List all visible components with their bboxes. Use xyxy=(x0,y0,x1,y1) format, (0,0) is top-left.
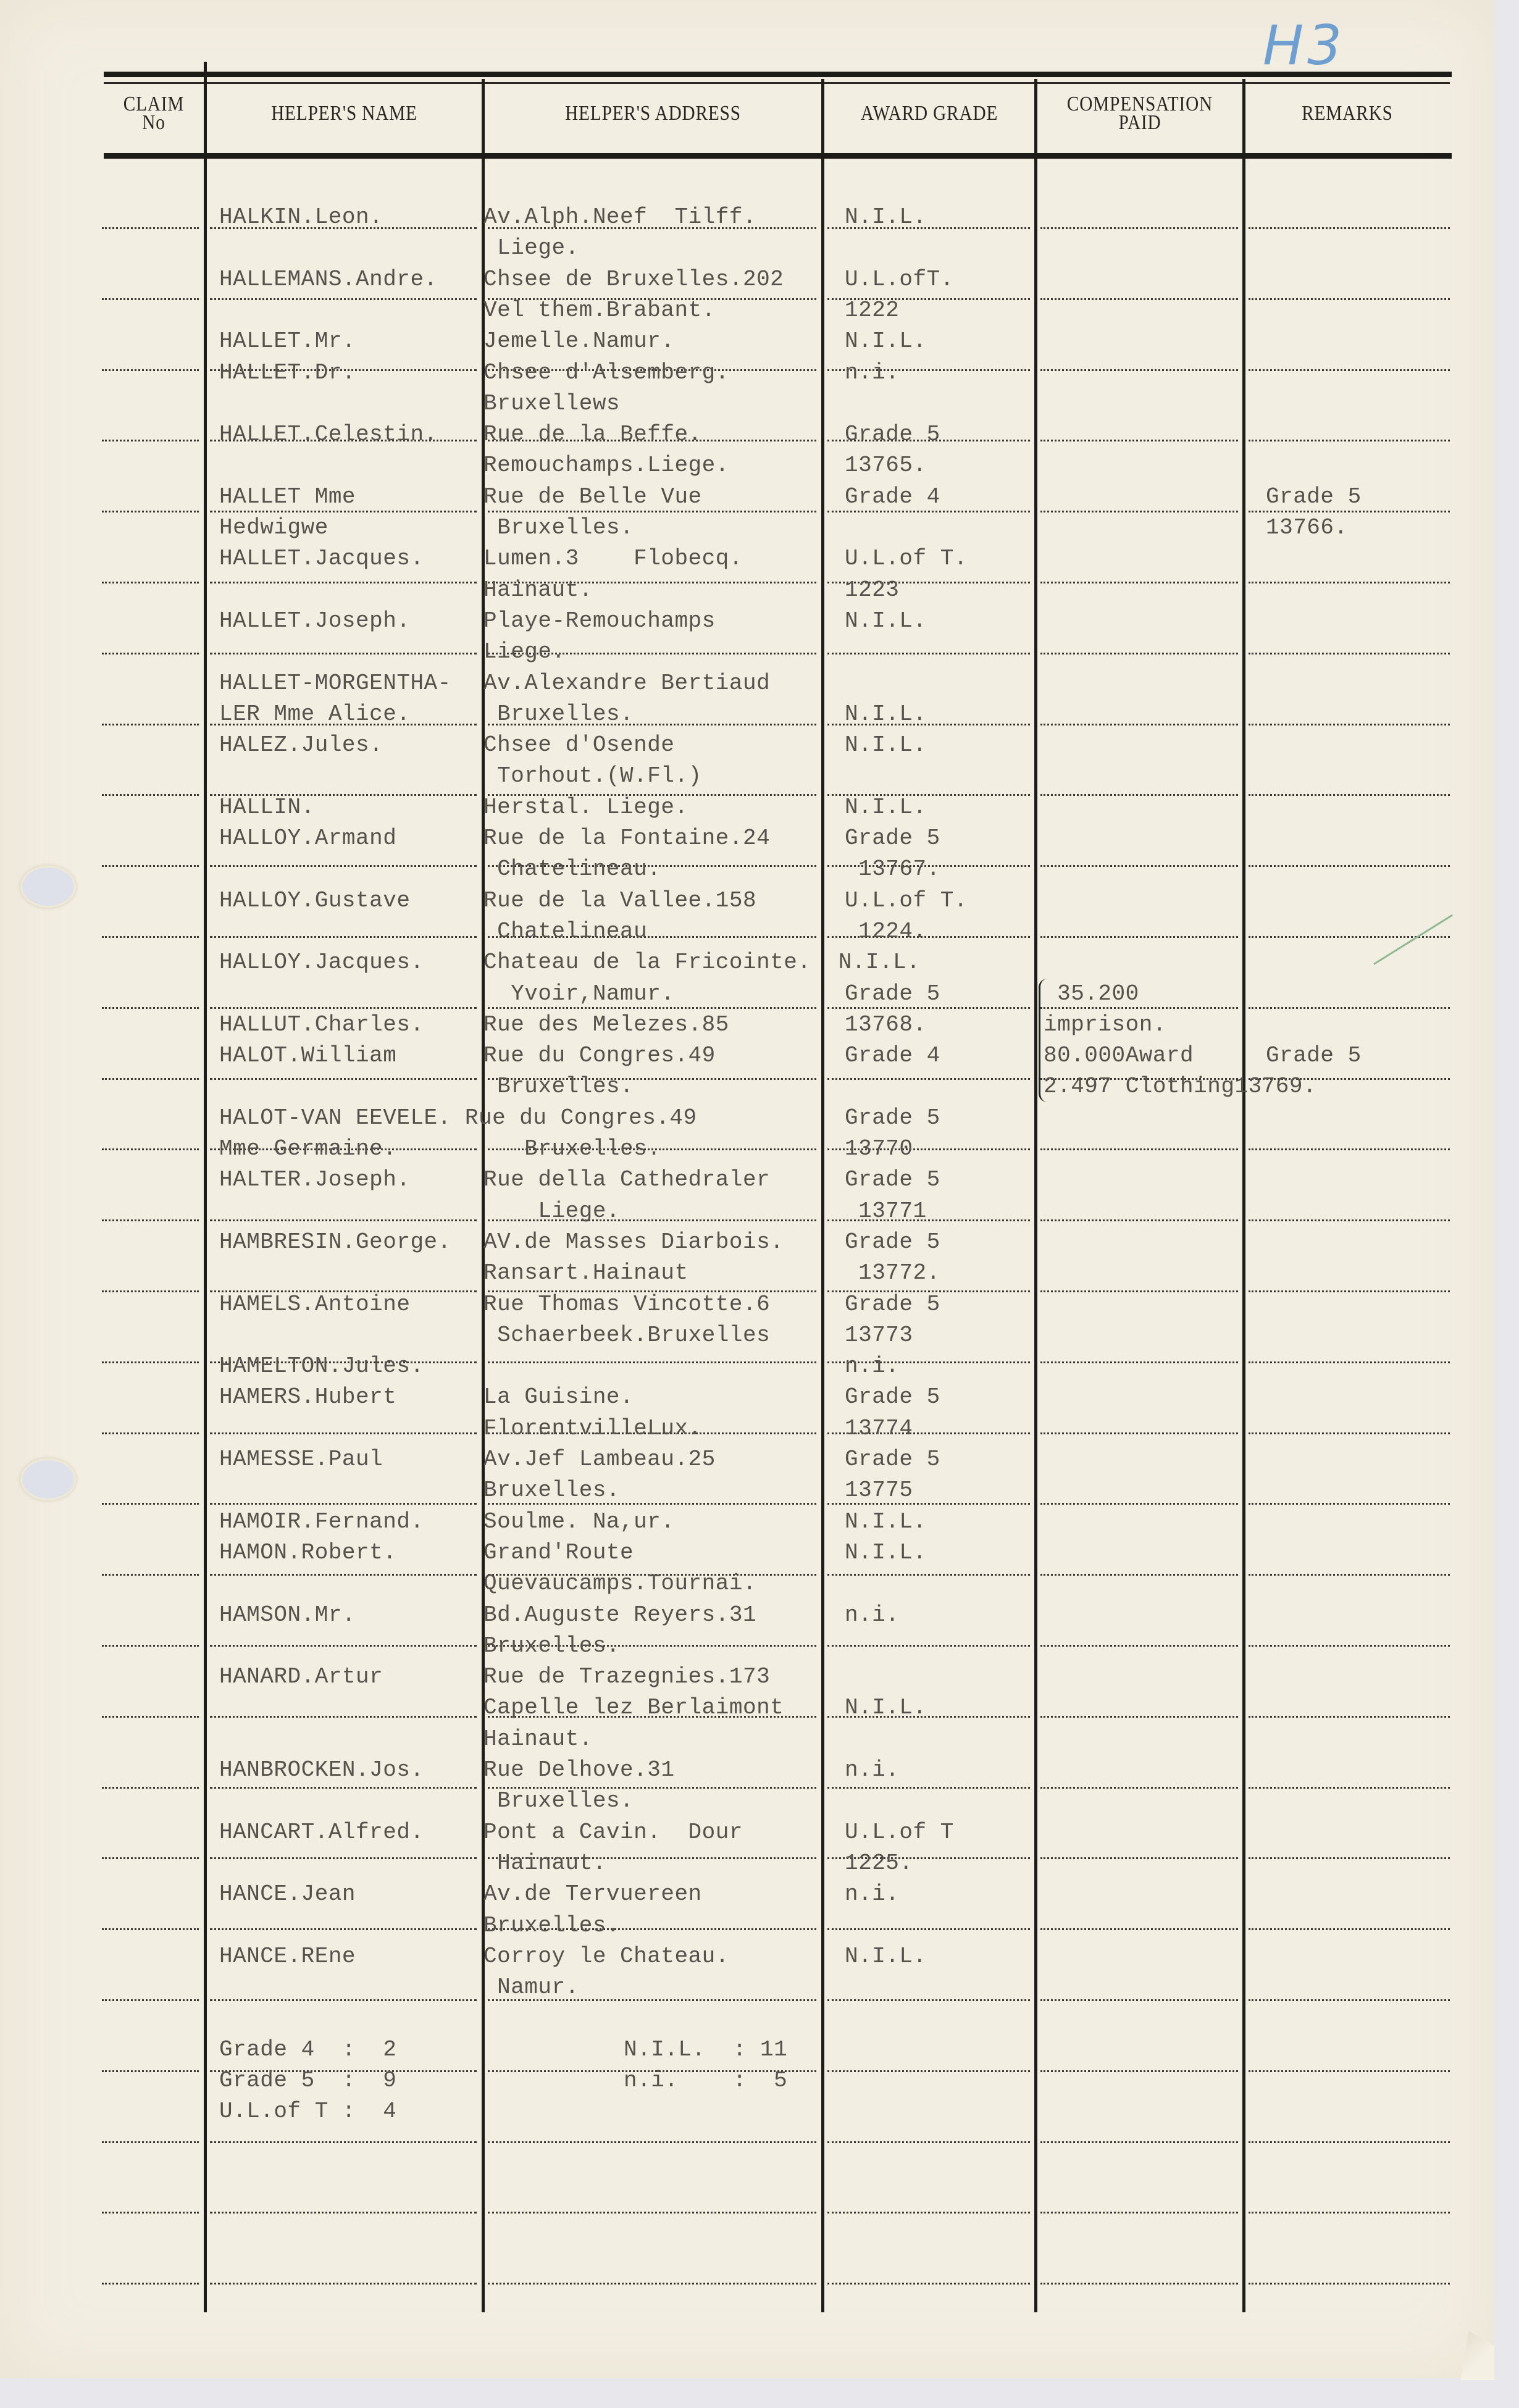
cell-address: Chatelineau. xyxy=(483,857,661,882)
dotted-rule xyxy=(102,369,199,371)
dotted-rule xyxy=(1040,2283,1238,2285)
cell-compensation: 2.497 Clothing13769. xyxy=(1044,1074,1316,1099)
cell-address: Bruxelles. xyxy=(483,1478,620,1503)
dotted-rule xyxy=(1249,653,1450,654)
dotted-rule xyxy=(1040,724,1238,725)
cell-grade: U.L.of T xyxy=(845,1820,954,1845)
dotted-rule xyxy=(1249,1645,1450,1647)
dotted-rule xyxy=(1249,1290,1450,1292)
dotted-rule xyxy=(102,1148,199,1150)
dotted-rule xyxy=(102,653,199,654)
dotted-rule xyxy=(1249,724,1450,725)
dotted-rule xyxy=(827,1645,1030,1647)
cell-address: Rue della Cathedraler xyxy=(483,1168,770,1192)
dotted-rule xyxy=(1249,1219,1450,1221)
cell-grade: N.I.L. xyxy=(845,1944,927,1969)
dotted-rule xyxy=(488,1361,816,1363)
dotted-rule xyxy=(102,1290,199,1292)
cell-address: Bd.Auguste Reyers.31 xyxy=(483,1603,756,1628)
dotted-rule xyxy=(102,936,199,938)
dotted-rule xyxy=(102,1574,199,1576)
column-divider xyxy=(821,79,824,2312)
cell-grade: 1223 xyxy=(845,578,899,603)
dotted-rule xyxy=(1249,2070,1450,2072)
dotted-rule xyxy=(1249,582,1450,583)
dotted-rule xyxy=(827,2283,1030,2285)
dotted-rule xyxy=(210,1645,477,1647)
folded-corner xyxy=(1460,2331,1494,2380)
cell-address: Chateau de la Fricointe. N.I.L. xyxy=(483,950,920,975)
dotted-rule xyxy=(1040,1787,1238,1789)
cell-address: Capelle lez Berlaimont xyxy=(483,1695,784,1720)
page-marker: H3 xyxy=(1263,14,1345,77)
cell-grade: Grade 5 xyxy=(845,1292,940,1317)
cell-name: HAMERS.Hubert xyxy=(219,1385,396,1410)
dotted-rule xyxy=(827,1999,1030,2001)
dotted-rule xyxy=(488,2212,816,2214)
dotted-rule xyxy=(210,1219,477,1221)
cell-address: AV.de Masses Diarbois. xyxy=(483,1230,784,1255)
cell-grade: 13765. xyxy=(845,453,927,478)
green-pencil-mark xyxy=(1373,914,1453,965)
cell-name: U.L.of T : 4 xyxy=(219,2099,396,2124)
dotted-rule xyxy=(1249,511,1450,512)
dotted-rule xyxy=(827,1007,1030,1009)
cell-name: HALLET.Dr. xyxy=(219,361,356,385)
cell-grade: N.I.L. xyxy=(845,733,927,758)
dotted-rule xyxy=(102,298,199,300)
dotted-rule xyxy=(1040,1219,1238,1221)
cell-address: Bruxelles. xyxy=(483,702,634,727)
cell-grade: 13771 xyxy=(845,1199,927,1224)
dotted-rule xyxy=(210,1432,477,1434)
cell-compensation: imprison. xyxy=(1044,1013,1166,1037)
cell-compensation: 35.200 xyxy=(1044,982,1139,1006)
dotted-rule xyxy=(102,1219,199,1221)
dotted-rule xyxy=(1249,2212,1450,2214)
dotted-rule xyxy=(102,1857,199,1859)
cell-grade: N.I.L. xyxy=(845,1541,927,1565)
dotted-rule xyxy=(1249,1999,1450,2001)
dotted-rule xyxy=(210,582,477,583)
dotted-rule xyxy=(1040,298,1238,300)
dotted-rule xyxy=(488,1503,816,1505)
dotted-rule xyxy=(210,2283,477,2285)
cell-grade: U.L.of T. xyxy=(845,888,968,913)
dotted-rule xyxy=(1249,2141,1450,2143)
dotted-rule xyxy=(827,2070,1030,2072)
dotted-rule xyxy=(1249,2283,1450,2285)
cell-grade: N.I.L. xyxy=(845,609,927,633)
cell-address: Rue Delhove.31 xyxy=(483,1758,674,1783)
dotted-rule xyxy=(827,511,1030,512)
cell-address: Bruxelles. xyxy=(483,1137,661,1161)
cell-address: Soulme. Na,ur. xyxy=(483,1510,674,1534)
dotted-rule xyxy=(1040,1503,1238,1505)
cell-name: HALLOY.Jacques. xyxy=(219,950,424,975)
cell-grade: 13773 xyxy=(845,1323,913,1348)
cell-grade: Grade 5 xyxy=(845,826,940,851)
cell-name: HALTER.Joseph. xyxy=(219,1168,410,1192)
cell-address: Bruxellews xyxy=(483,391,620,416)
dotted-rule xyxy=(1040,653,1238,654)
cell-address: Bruxelles. xyxy=(483,1789,634,1813)
cell-grade: 13770 xyxy=(845,1137,913,1161)
cell-name: Grade 4 : 2 xyxy=(219,2038,396,2062)
cell-name: HALLEMANS.Andre. xyxy=(219,267,438,292)
cell-name: HAMELS.Antoine xyxy=(219,1292,410,1317)
cell-address: Av.Alph.Neef Tilff. xyxy=(483,205,756,230)
dotted-rule xyxy=(488,511,816,512)
header-helper-address: HELPER'S ADDRESS xyxy=(508,73,798,154)
dotted-rule xyxy=(1249,227,1450,229)
cell-address: Schaerbeek.Bruxelles xyxy=(483,1323,770,1348)
dotted-rule xyxy=(102,440,199,441)
cell-address: Remouchamps.Liege. xyxy=(483,453,729,478)
dotted-rule xyxy=(1249,1432,1450,1434)
cell-grade: n.i. xyxy=(845,361,899,385)
dotted-rule xyxy=(210,511,477,512)
cell-address: Chatelineau xyxy=(483,919,647,944)
cell-grade: 1222 xyxy=(845,298,899,323)
dotted-rule xyxy=(1040,1999,1238,2001)
dotted-rule xyxy=(102,794,199,796)
dotted-rule xyxy=(827,2141,1030,2143)
cell-grade: 13767. xyxy=(845,857,940,882)
cell-address: Hainaut. xyxy=(483,1727,593,1752)
cell-grade: Grade 5 xyxy=(845,422,940,447)
dotted-rule xyxy=(1040,1928,1238,1930)
dotted-rule xyxy=(210,1999,477,2001)
dotted-rule xyxy=(102,1716,199,1718)
dotted-rule xyxy=(1249,1716,1450,1718)
dotted-rule xyxy=(827,1574,1030,1576)
cell-name: HALOT.William xyxy=(219,1043,396,1068)
cell-address: Jemelle.Namur. xyxy=(483,329,674,354)
dotted-rule xyxy=(1040,1361,1238,1363)
cell-grade: N.I.L. xyxy=(845,702,927,727)
cell-compensation: 80.000Award xyxy=(1044,1043,1194,1068)
cell-name: HALKIN.Leon. xyxy=(219,205,383,230)
dotted-rule xyxy=(827,653,1030,654)
cell-address: Rue Thomas Vincotte.6 xyxy=(483,1292,770,1317)
cell-address: Rue de la Fontaine.24 xyxy=(483,826,770,851)
cell-address: Playe-Remouchamps xyxy=(483,609,716,633)
cell-name: HAMOIR.Fernand. xyxy=(219,1510,424,1534)
dotted-rule xyxy=(1040,511,1238,512)
dotted-rule xyxy=(102,865,199,867)
dotted-rule xyxy=(1249,1007,1450,1009)
cell-name: HALLOY.Gustave xyxy=(219,888,410,913)
dotted-rule xyxy=(210,1928,477,1930)
dotted-rule xyxy=(1040,1857,1238,1859)
dotted-rule xyxy=(1040,582,1238,583)
cell-address: Chsee de Bruxelles.202 xyxy=(483,267,784,292)
cell-address: Hainaut. xyxy=(483,578,593,603)
dotted-rule xyxy=(1249,1361,1450,1363)
dotted-rule xyxy=(102,2212,199,2214)
dotted-rule xyxy=(827,1928,1030,1930)
cell-grade: Grade 4 xyxy=(845,1043,940,1068)
dotted-rule xyxy=(102,1787,199,1789)
dotted-rule xyxy=(1040,1007,1238,1009)
dotted-rule xyxy=(102,2141,199,2143)
cell-grade: Grade 5 xyxy=(845,982,940,1006)
compensation-brace xyxy=(1039,979,1049,1102)
dotted-rule xyxy=(102,1999,199,2001)
cell-grade: U.L.of T. xyxy=(845,546,968,571)
cell-address: Namur. xyxy=(483,1975,579,2000)
header-compensation-paid: COMPENSATIONPAID xyxy=(1052,73,1228,154)
dotted-rule xyxy=(210,1503,477,1505)
cell-summary: n.i. : 5 xyxy=(624,2068,787,2093)
dotted-rule xyxy=(210,653,477,654)
cell-grade: 13768. xyxy=(845,1013,927,1037)
dotted-rule xyxy=(827,2212,1030,2214)
dotted-rule xyxy=(827,1503,1030,1505)
cell-name: HALOT-VAN EEVELE. Rue du Congres.49 xyxy=(219,1106,697,1131)
cell-address: Rue du Congres.49 xyxy=(483,1043,716,1068)
cell-name: HALLIN. xyxy=(219,795,315,820)
cell-address: Liege. xyxy=(483,236,579,261)
dotted-rule xyxy=(210,865,477,867)
cell-grade: N.I.L. xyxy=(845,1510,927,1534)
cell-address: Bruxelles. xyxy=(483,516,634,540)
cell-name: HANCE.Jean xyxy=(219,1882,356,1907)
cell-grade: Grade 5 xyxy=(845,1230,940,1255)
dotted-rule xyxy=(102,1078,199,1080)
cell-grade: n.i. xyxy=(845,1758,899,1783)
cell-address: Vel them.Brabant. xyxy=(483,298,716,323)
cell-name: HALLET.Joseph. xyxy=(219,609,410,633)
dotted-rule xyxy=(1249,1787,1450,1789)
cell-address: Hainaut. xyxy=(483,1851,606,1876)
cell-grade: Grade 4 xyxy=(845,485,940,509)
dotted-rule xyxy=(1040,440,1238,441)
cell-name: HAMSON.Mr. xyxy=(219,1603,356,1628)
cell-name: HAMESSE.Paul xyxy=(219,1447,383,1472)
cell-grade: U.L.ofT. xyxy=(845,267,954,292)
dotted-rule xyxy=(210,1574,477,1576)
dotted-rule xyxy=(1040,2212,1238,2214)
cell-name: HALLET.Mr. xyxy=(219,329,356,354)
cell-address: Pont a Cavin. Dour xyxy=(483,1820,743,1845)
cell-name: HANARD.Artur xyxy=(219,1665,383,1689)
cell-grade: n.i. xyxy=(845,1354,899,1379)
cell-grade: Grade 5 xyxy=(845,1168,940,1192)
cell-remarks: Grade 5 xyxy=(1266,485,1362,509)
dotted-rule xyxy=(488,2283,816,2285)
dotted-rule xyxy=(1040,794,1238,796)
dotted-rule xyxy=(102,1503,199,1505)
dotted-rule xyxy=(1249,1503,1450,1505)
cell-grade: Grade 5 xyxy=(845,1447,940,1472)
cell-address: Rue de Belle Vue xyxy=(483,485,702,509)
cell-address: Rue de la Beffe. xyxy=(483,422,702,447)
cell-grade: 1225. xyxy=(845,1851,913,1876)
cell-address: Av.Jef Lambeau.25 xyxy=(483,1447,716,1472)
column-divider xyxy=(204,62,207,2312)
dotted-rule xyxy=(488,2141,816,2143)
cell-name: HALLET Mme xyxy=(219,485,356,509)
cell-address: Lumen.3 Flobecq. xyxy=(483,546,743,571)
dotted-rule xyxy=(1040,2141,1238,2143)
cell-name: HALLUT.Charles. xyxy=(219,1013,424,1037)
cell-address: Bruxelles. xyxy=(483,1913,620,1938)
cell-name: HALEZ.Jules. xyxy=(219,733,383,758)
dotted-rule xyxy=(210,1857,477,1859)
dotted-rule xyxy=(488,1007,816,1009)
dotted-rule xyxy=(1040,865,1238,867)
cell-address: Rue de Trazegnies.173 xyxy=(483,1665,770,1689)
cell-address: Liege. xyxy=(483,640,566,664)
dotted-rule xyxy=(102,511,199,512)
ledger-page: H3 CLAIMNo HELPER'S NAME HELPER'S ADDRES… xyxy=(0,0,1494,2378)
cell-address: Quevaucamps.Tournai. xyxy=(483,1571,756,1596)
dotted-rule xyxy=(102,1432,199,1434)
dotted-rule xyxy=(210,1007,477,1009)
cell-grade: 13772. xyxy=(845,1261,940,1286)
cell-grade: 1224. xyxy=(845,919,927,944)
cell-name: Mme Germaine. xyxy=(219,1137,396,1161)
dotted-rule xyxy=(1249,440,1450,441)
cell-grade: n.i. xyxy=(845,1603,899,1628)
dotted-rule xyxy=(1040,1432,1238,1434)
dotted-rule xyxy=(102,227,199,229)
cell-address: Rue de la Vallee.158 xyxy=(483,888,756,913)
cell-grade: N.I.L. xyxy=(845,1695,927,1720)
dotted-rule xyxy=(1249,1928,1450,1930)
column-divider xyxy=(1034,79,1037,2312)
dotted-rule xyxy=(102,582,199,583)
cell-address: Rue des Melezes.85 xyxy=(483,1013,729,1037)
cell-grade: N.I.L. xyxy=(845,205,927,230)
dotted-rule xyxy=(210,936,477,938)
cell-address: Bruxelles. xyxy=(483,1634,620,1658)
cell-address: Ransart.Hainaut xyxy=(483,1261,688,1286)
cell-address: Chsee d'Osende xyxy=(483,733,674,758)
cell-name: HANCART.Alfred. xyxy=(219,1820,424,1845)
dotted-rule xyxy=(1040,1574,1238,1576)
punch-hole-bottom xyxy=(22,1460,74,1499)
dotted-rule xyxy=(1249,1148,1450,1150)
cell-name: HAMELTON.Jules. xyxy=(219,1354,424,1379)
dotted-rule xyxy=(827,1787,1030,1789)
punch-hole-top xyxy=(22,867,74,906)
dotted-rule xyxy=(1040,1645,1238,1647)
dotted-rule xyxy=(827,1078,1030,1080)
dotted-rule xyxy=(102,1361,199,1363)
column-divider xyxy=(1242,79,1245,2312)
dotted-rule xyxy=(1040,1290,1238,1292)
cell-address: Herstal. Liege. xyxy=(483,795,688,820)
cell-address: Torhout.(W.Fl.) xyxy=(483,764,702,788)
cell-name: Grade 5 : 9 xyxy=(219,2068,396,2093)
cell-grade: N.I.L. xyxy=(845,329,927,354)
dotted-rule xyxy=(102,2283,199,2285)
dotted-rule xyxy=(1249,1857,1450,1859)
cell-address: Av.de Tervuereen xyxy=(483,1882,702,1907)
header-helper-name: HELPER'S NAME xyxy=(226,73,462,154)
cell-address: Chsee d'Alsemberg. xyxy=(483,361,729,385)
dotted-rule xyxy=(210,2212,477,2214)
dotted-rule xyxy=(1249,1574,1450,1576)
dotted-rule xyxy=(210,1787,477,1789)
cell-grade: 13774 xyxy=(845,1416,913,1441)
cell-address: Yvoir,Namur. xyxy=(483,982,674,1006)
cell-name: HALLET.Celestin. xyxy=(219,422,438,447)
cell-name: HANBROCKEN.Jos. xyxy=(219,1758,424,1783)
cell-remarks: 13766. xyxy=(1266,516,1348,540)
cell-name: HALLET-MORGENTHA- xyxy=(219,671,451,696)
dotted-rule xyxy=(1040,1716,1238,1718)
cell-grade: Grade 5 xyxy=(845,1106,940,1131)
cell-address: Grand'Route xyxy=(483,1541,634,1565)
dotted-rule xyxy=(1249,369,1450,371)
cell-remarks: Grade 5 xyxy=(1266,1043,1362,1068)
cell-address: FlorentvilleLux. xyxy=(483,1416,702,1441)
dotted-rule xyxy=(210,2141,477,2143)
cell-address: La Guisine. xyxy=(483,1385,634,1410)
cell-summary: N.I.L. : 11 xyxy=(624,2038,787,2062)
dotted-rule xyxy=(1040,936,1238,938)
cell-address: Liege. xyxy=(483,1199,620,1224)
cell-name: HAMBRESIN.George. xyxy=(219,1230,451,1255)
cell-name: HANCE.REne xyxy=(219,1944,356,1969)
dotted-rule xyxy=(1040,2070,1238,2072)
dotted-rule xyxy=(1040,369,1238,371)
dotted-rule xyxy=(1249,298,1450,300)
cell-name: HAMON.Robert. xyxy=(219,1541,396,1565)
cell-name: HALLOY.Armand xyxy=(219,826,396,851)
cell-address: Av.Alexandre Bertiaud xyxy=(483,671,770,696)
header-remarks: REMARKS xyxy=(1260,73,1435,154)
dotted-rule xyxy=(102,1645,199,1647)
cell-grade: Grade 5 xyxy=(845,1385,940,1410)
dotted-rule xyxy=(1249,794,1450,796)
dotted-rule xyxy=(102,1928,199,1930)
cell-grade: N.I.L. xyxy=(845,795,927,820)
cell-name: LER Mme Alice. xyxy=(219,702,410,727)
dotted-rule xyxy=(102,724,199,725)
cell-address: Corroy le Chateau. xyxy=(483,1944,729,1969)
cell-name: HALLET.Jacques. xyxy=(219,546,424,571)
cell-name: Hedwigwe xyxy=(219,516,328,540)
dotted-rule xyxy=(1040,1148,1238,1150)
cell-grade: 13775 xyxy=(845,1478,913,1503)
header-award-grade: AWARD GRADE xyxy=(839,73,1019,154)
cell-address: Bruxelles. xyxy=(483,1074,634,1099)
header-claim-no: CLAIMNo xyxy=(111,73,196,154)
cell-grade: n.i. xyxy=(845,1882,899,1907)
dotted-rule xyxy=(210,1716,477,1718)
dotted-rule xyxy=(210,1078,477,1080)
dotted-rule xyxy=(1249,865,1450,867)
dotted-rule xyxy=(102,1007,199,1009)
dotted-rule xyxy=(102,2070,199,2072)
dotted-rule xyxy=(1040,227,1238,229)
dotted-rule xyxy=(210,298,477,300)
